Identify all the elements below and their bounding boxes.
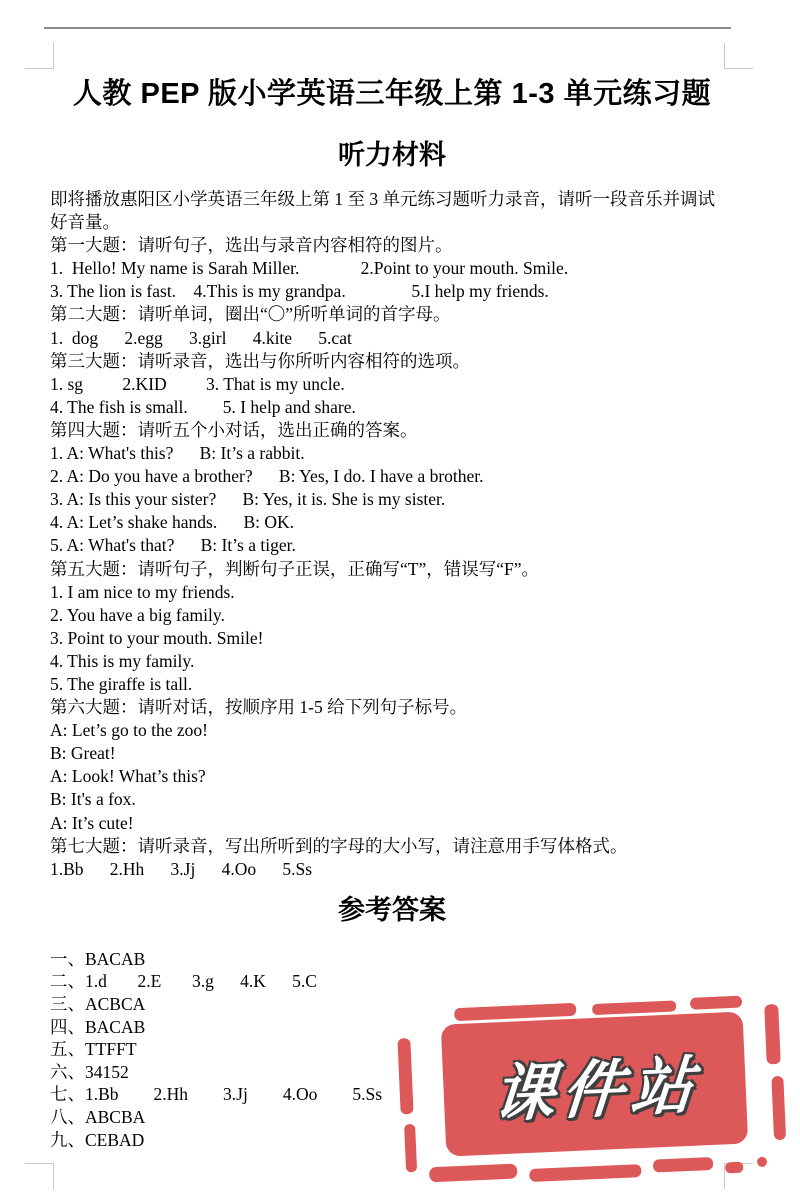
listening-line: A: Look! What’s this? xyxy=(50,765,734,788)
listening-line: 4. A: Let’s shake hands. B: OK. xyxy=(50,511,734,534)
listening-line: 5. A: What's that? B: It’s a tiger. xyxy=(50,534,734,557)
margin-crop-mark-bottom-left xyxy=(25,1163,54,1189)
answer-line: 二、1.d 2.E 3.g 4.K 5.C xyxy=(50,970,734,993)
listening-line: 3. The lion is fast. 4.This is my grandp… xyxy=(50,280,734,303)
listening-line: 第二大题：请听单词，圈出“〇”所听单词的首字母。 xyxy=(50,303,734,326)
document-title: 人教 PEP 版小学英语三年级上第 1-3 单元练习题 xyxy=(50,76,734,112)
stamp-text: 课件站 xyxy=(485,1035,705,1134)
page-top-edge xyxy=(44,27,731,29)
listening-line: B: Great! xyxy=(50,742,734,765)
listening-line: 第六大题：请听对话，按顺序用 1-5 给下列句子标号。 xyxy=(50,696,734,719)
listening-material: 即将播放惠阳区小学英语三年级上第 1 至 3 单元练习题听力录音，请听一段音乐并… xyxy=(50,188,734,881)
listening-line: 1. I am nice to my friends. xyxy=(50,581,734,604)
listening-line: A: Let’s go to the zoo! xyxy=(50,719,734,742)
listening-line: 3. A: Is this your sister? B: Yes, it is… xyxy=(50,488,734,511)
listening-line: A: It’s cute! xyxy=(50,812,734,835)
document-page: { "document": { "title": "人教 PEP 版小学英语三年… xyxy=(0,0,800,1200)
listening-line: 第七大题：请听录音，写出所听到的字母的大小写，请注意用手写体格式。 xyxy=(50,835,734,858)
listening-section-heading: 听力材料 xyxy=(50,138,734,172)
listening-line: 第三大题：请听录音，选出与你所听内容相符的选项。 xyxy=(50,350,734,373)
listening-line: 第一大题：请听句子，选出与录音内容相符的图片。 xyxy=(50,234,734,257)
listening-line: 1. A: What's this? B: It’s a rabbit. xyxy=(50,442,734,465)
listening-line: 3. Point to your mouth. Smile! xyxy=(50,627,734,650)
listening-line: B: It's a fox. xyxy=(50,788,734,811)
listening-line: 好音量。 xyxy=(50,211,734,234)
listening-line: 1. sg 2.KID 3. That is my uncle. xyxy=(50,373,734,396)
margin-crop-mark-top-left xyxy=(25,43,54,69)
listening-line: 2. You have a big family. xyxy=(50,604,734,627)
margin-crop-mark-top-right xyxy=(724,43,753,69)
listening-line: 即将播放惠阳区小学英语三年级上第 1 至 3 单元练习题听力录音，请听一段音乐并… xyxy=(50,188,734,211)
listening-line: 第五大题：请听句子，判断句子正误，正确写“T”，错误写“F”。 xyxy=(50,558,734,581)
answer-line: 一、BACAB xyxy=(50,948,734,971)
listening-line: 4. This is my family. xyxy=(50,650,734,673)
stamp-background: 课件站 xyxy=(441,1012,748,1157)
listening-line: 第四大题：请听五个小对话，选出正确的答案。 xyxy=(50,419,734,442)
content-area: 人教 PEP 版小学英语三年级上第 1-3 单元练习题 听力材料 即将播放惠阳区… xyxy=(50,76,734,1151)
listening-line: 1. Hello! My name is Sarah Miller. 2.Poi… xyxy=(50,257,734,280)
listening-line: 4. The fish is small. 5. I help and shar… xyxy=(50,396,734,419)
answers-section-heading: 参考答案 xyxy=(50,893,734,927)
listening-line: 1.Bb 2.Hh 3.Jj 4.Oo 5.Ss xyxy=(50,858,734,881)
kejianzhan-stamp-watermark: 课件站 xyxy=(396,994,796,1199)
listening-line: 1. dog 2.egg 3.girl 4.kite 5.cat xyxy=(50,327,734,350)
listening-line: 5. The giraffe is tall. xyxy=(50,673,734,696)
listening-line: 2. A: Do you have a brother? B: Yes, I d… xyxy=(50,465,734,488)
